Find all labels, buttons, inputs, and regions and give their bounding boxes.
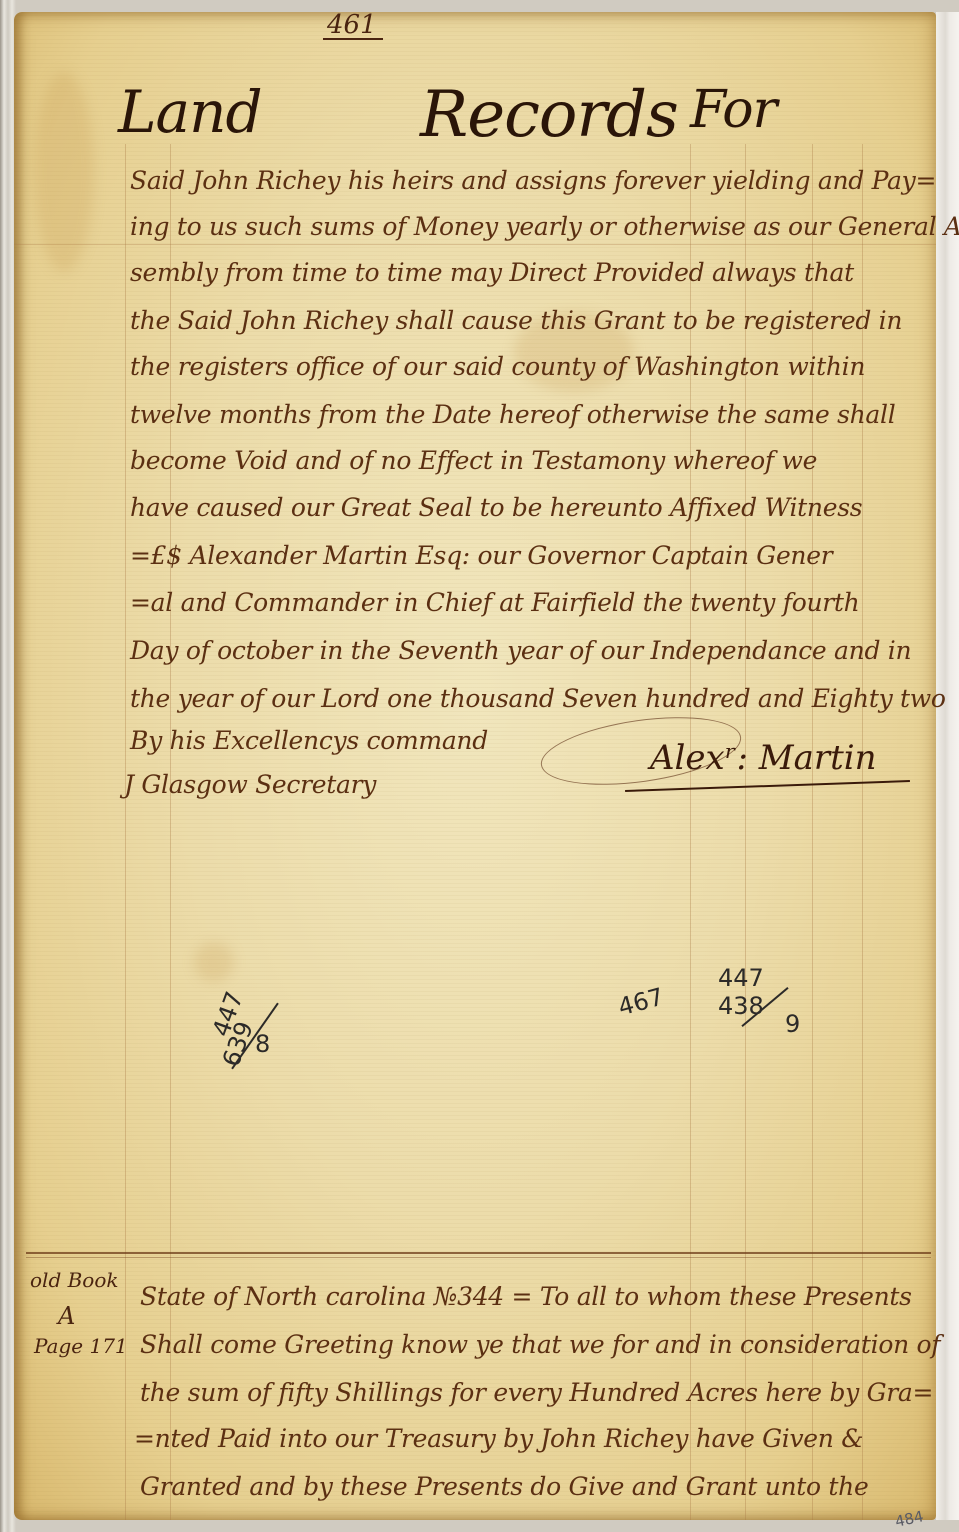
entry-line: Said John Richey his heirs and assigns f… [130,166,920,195]
entry-line: twelve months from the Date hereof other… [130,400,920,429]
water-stain [34,72,94,272]
margin-rule [170,144,171,1520]
pencil-note-right-fraction: 9 [785,1010,800,1038]
entry-line: Shall come Greeting know ye that we for … [140,1330,930,1359]
entry-line: the Said John Richey shall cause this Gr… [130,306,920,335]
entry-line: ing to us such sums of Money yearly or o… [130,212,920,241]
header-word-land: Land [118,78,262,146]
entry-line: the year of our Lord one thousand Seven … [130,684,920,713]
entry-line: sembly from time to time may Direct Prov… [130,258,920,287]
water-stain [194,942,234,982]
entry-line: become Void and of no Effect in Testamon… [130,446,920,475]
entry-line: =al and Commander in Chief at Fairfield … [130,588,920,617]
margin-note-old-book: old Book [30,1268,119,1292]
column-rule [690,144,691,1520]
margin-note-page: Page 171 [34,1334,128,1358]
entry-separator-rule [26,1252,931,1258]
entry-line: =£$ Alexander Martin Esq: our Governor C… [130,541,920,570]
column-rule [812,144,813,1520]
pencil-note-right-bottom: 438 [718,992,764,1020]
margin-rule [125,144,126,1520]
header-word-for: For [690,80,776,140]
entry-line: have caused our Great Seal to be hereunt… [130,493,920,522]
entry-line: the registers office of our said county … [130,352,920,381]
entry-line: State of North carolina №344 = To all to… [140,1282,930,1311]
header-word-records: Records [420,78,678,152]
pencil-note-right-top: 447 [718,964,764,992]
margin-note-book-letter: A [58,1302,75,1330]
governor-signature: Alexʳ: Martin [650,738,877,778]
pencil-note-fraction: 8 [255,1030,270,1058]
entry-line: the sum of fifty Shillings for every Hun… [140,1378,930,1407]
page-number: 461 [323,12,383,40]
entry-line: =nted Paid into our Treasury by John Ric… [134,1424,924,1453]
entry-line: Granted and by these Presents do Give an… [140,1472,930,1501]
entry-line: Day of october in the Seventh year of ou… [130,636,920,665]
column-rule [745,144,746,1520]
column-rule [862,144,863,1520]
header-rule [14,244,936,245]
